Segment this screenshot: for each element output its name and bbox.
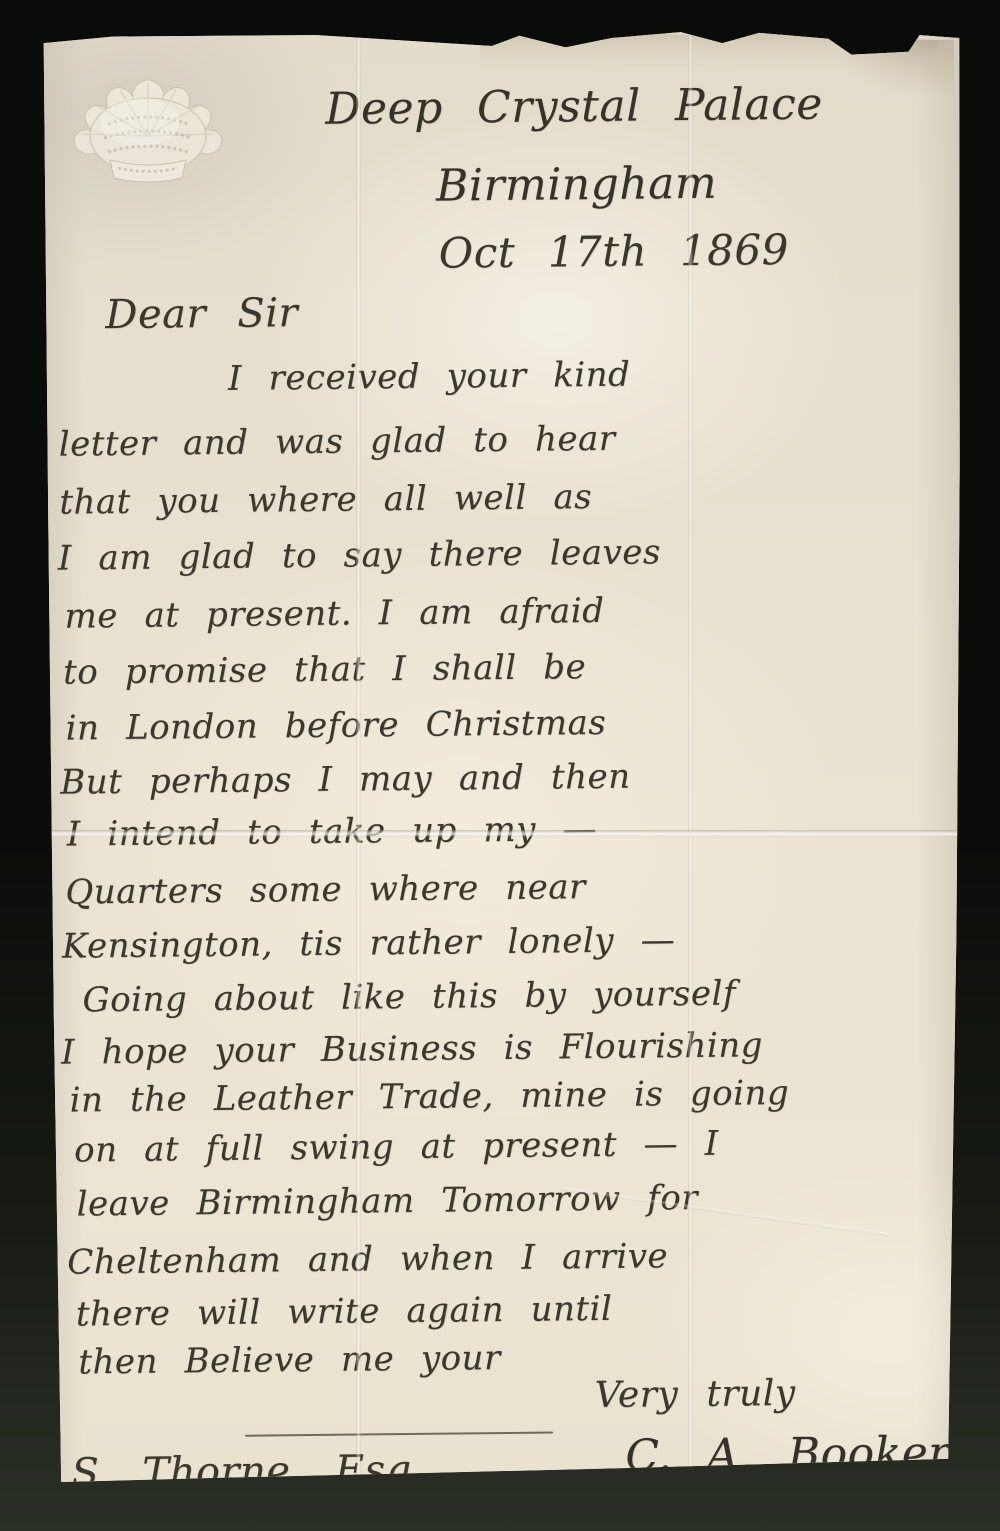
handwriting-layer: Deep Crystal Palace Birmingham Oct 17th … — [32, 25, 969, 1487]
body-line: I hope your Business is Flourishing — [61, 1025, 763, 1072]
body-line: But perhaps I may and then — [60, 757, 631, 803]
body-line: Kensington, tis rather lonely — — [62, 920, 676, 966]
valediction: Very truly — [594, 1373, 795, 1416]
body-line: Quarters some where near — [65, 867, 586, 912]
body-line: I am glad to say there leaves — [58, 532, 661, 578]
letter-photo: Deep Crystal Palace Birmingham Oct 17th … — [0, 0, 1000, 1531]
body-line: on at full swing at present — I — [74, 1124, 719, 1171]
addressee-underline — [68, 1508, 460, 1515]
salutation: Dear Sir — [105, 290, 298, 338]
body-line: to promise that I shall be — [63, 647, 586, 692]
body-line: Going about like this by yourself — [82, 974, 736, 1021]
heading-date-line: Oct 17th 1869 — [438, 225, 789, 278]
letter-paper: Deep Crystal Palace Birmingham Oct 17th … — [40, 30, 962, 1482]
body-line: there will write again until — [76, 1289, 613, 1335]
believe-me-underline — [245, 1431, 553, 1436]
body-line: in the Leather Trade, mine is going — [69, 1073, 789, 1121]
body-line: Cheltenham and when I arrive — [67, 1236, 668, 1282]
body-line: I intend to take up my — — [67, 809, 598, 855]
signature: C. A. Booker — [625, 1427, 950, 1481]
addressee-name: S. Thorne. Esq — [71, 1447, 412, 1497]
body-line: that you where all well as — [59, 477, 592, 523]
body-line: then Believe me your — [78, 1338, 501, 1382]
body-line: me at present. I am afraid — [64, 591, 604, 637]
body-line: letter and was glad to hear — [59, 419, 616, 465]
body-line: leave Birmingham Tomorrow for — [76, 1178, 698, 1225]
heading-city-line: Birmingham — [436, 158, 718, 212]
body-line: in London before Christmas — [65, 703, 606, 749]
heading-place-line: Deep Crystal Palace — [325, 79, 823, 135]
body-line: I received your kind — [228, 355, 631, 399]
